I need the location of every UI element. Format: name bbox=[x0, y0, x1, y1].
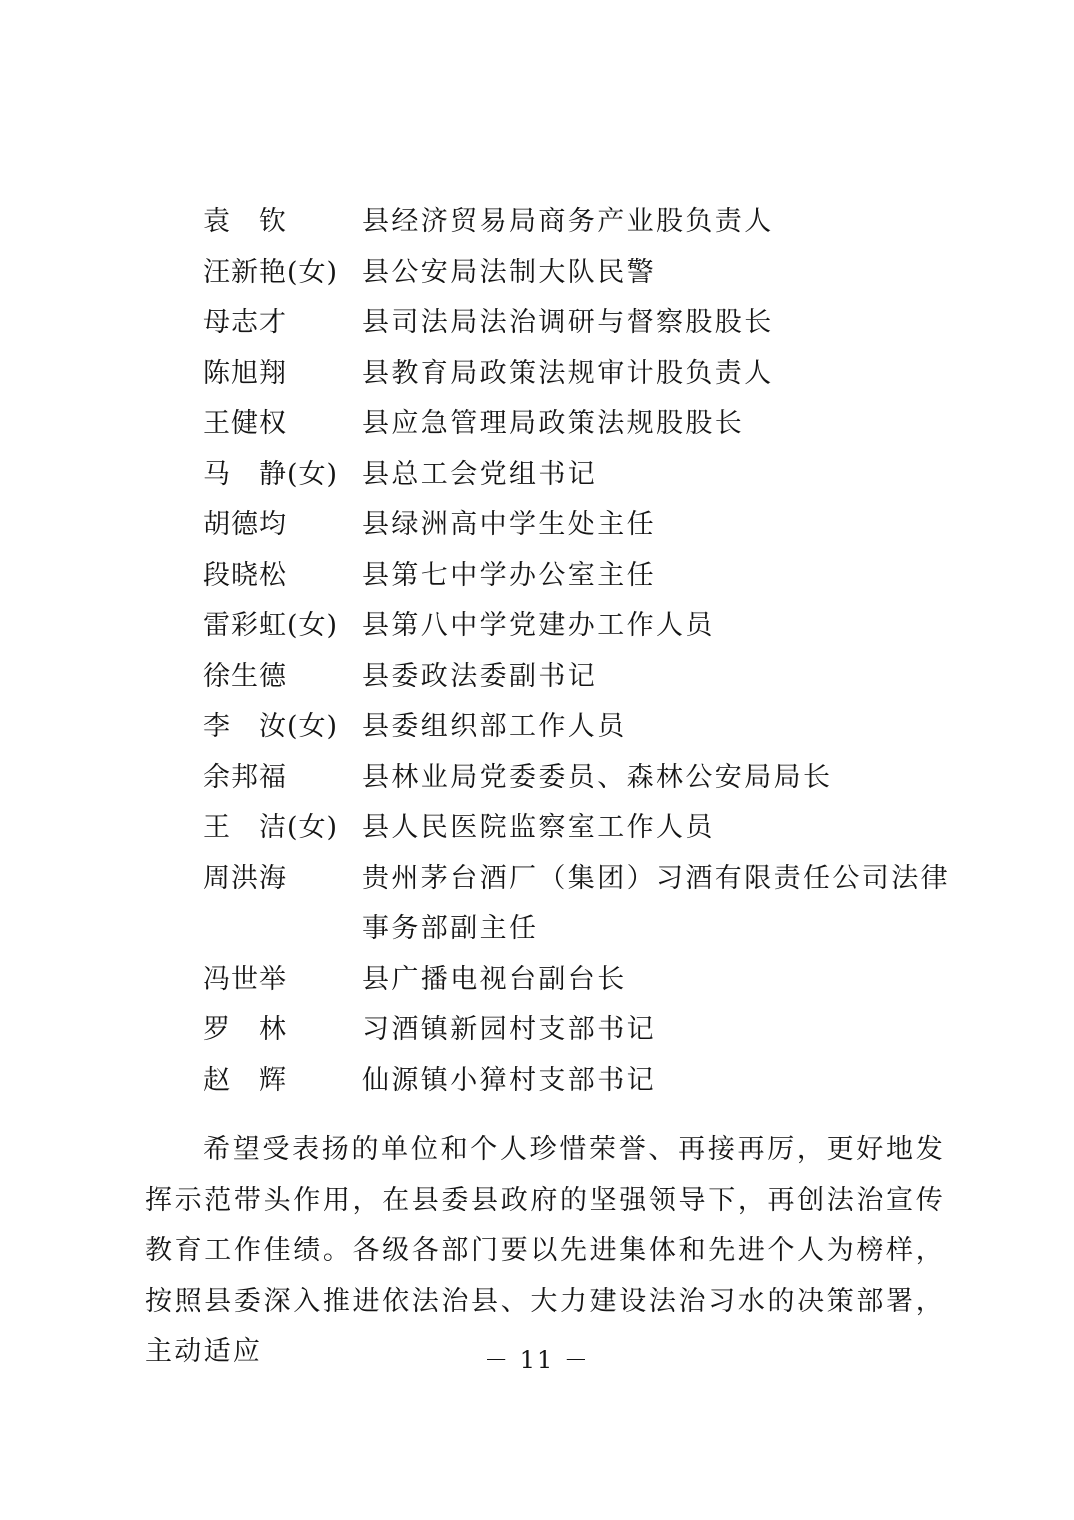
list-item: 余邦福县林业局党委委员、森林公安局局长 bbox=[203, 753, 963, 804]
person-name: 余邦福 bbox=[203, 753, 362, 804]
person-position: 县林业局党委委员、森林公安局局长 bbox=[362, 753, 963, 804]
person-name: 陈旭翔 bbox=[203, 349, 362, 400]
list-item: 陈旭翔县教育局政策法规审计股负责人 bbox=[203, 349, 963, 400]
person-name: 雷彩虹(女) bbox=[203, 601, 362, 652]
person-position: 县总工会党组书记 bbox=[362, 450, 963, 501]
list-item: 汪新艳(女)县公安局法制大队民警 bbox=[203, 248, 963, 299]
person-name: 冯世举 bbox=[203, 955, 362, 1006]
person-position: 县绿洲高中学生处主任 bbox=[362, 500, 963, 551]
list-item: 赵 辉仙源镇小獐村支部书记 bbox=[203, 1056, 963, 1107]
person-name: 罗 林 bbox=[203, 1005, 362, 1056]
list-item: 周洪海贵州茅台酒厂（集团）习酒有限责任公司法律事务部副主任 bbox=[203, 854, 963, 955]
list-item: 胡德均县绿洲高中学生处主任 bbox=[203, 500, 963, 551]
list-item: 雷彩虹(女)县第八中学党建办工作人员 bbox=[203, 601, 963, 652]
person-name: 王 洁(女) bbox=[203, 803, 362, 854]
person-position: 县公安局法制大队民警 bbox=[362, 248, 963, 299]
page-number: － 11 － bbox=[0, 1345, 1074, 1375]
person-position: 县委政法委副书记 bbox=[362, 652, 963, 703]
list-item: 李 汝(女)县委组织部工作人员 bbox=[203, 702, 963, 753]
person-position: 县教育局政策法规审计股负责人 bbox=[362, 349, 963, 400]
person-position: 县经济贸易局商务产业股负责人 bbox=[362, 197, 963, 248]
person-position: 县应急管理局政策法规股股长 bbox=[362, 399, 963, 450]
list-item: 王 洁(女)县人民医院监察室工作人员 bbox=[203, 803, 963, 854]
person-name: 赵 辉 bbox=[203, 1056, 362, 1107]
person-name: 胡德均 bbox=[203, 500, 362, 551]
person-position: 习酒镇新园村支部书记 bbox=[362, 1005, 963, 1056]
person-name: 徐生德 bbox=[203, 652, 362, 703]
closing-paragraph: 希望受表扬的单位和个人珍惜荣誉、再接再厉，更好地发挥示范带头作用，在县委县政府的… bbox=[145, 1125, 945, 1378]
person-position: 县广播电视台副台长 bbox=[362, 955, 963, 1006]
list-item: 徐生德县委政法委副书记 bbox=[203, 652, 963, 703]
person-name: 马 静(女) bbox=[203, 450, 362, 501]
person-name: 母志才 bbox=[203, 298, 362, 349]
person-position: 县委组织部工作人员 bbox=[362, 702, 963, 753]
list-item: 母志才县司法局法治调研与督察股股长 bbox=[203, 298, 963, 349]
list-item: 袁 钦县经济贸易局商务产业股负责人 bbox=[203, 197, 963, 248]
list-item: 王健权县应急管理局政策法规股股长 bbox=[203, 399, 963, 450]
person-position: 县第八中学党建办工作人员 bbox=[362, 601, 963, 652]
person-position: 贵州茅台酒厂（集团）习酒有限责任公司法律事务部副主任 bbox=[362, 854, 963, 955]
person-name: 段晓松 bbox=[203, 551, 362, 602]
person-name: 汪新艳(女) bbox=[203, 248, 362, 299]
person-position: 县人民医院监察室工作人员 bbox=[362, 803, 963, 854]
list-item: 马 静(女)县总工会党组书记 bbox=[203, 450, 963, 501]
person-name: 袁 钦 bbox=[203, 197, 362, 248]
list-item: 冯世举县广播电视台副台长 bbox=[203, 955, 963, 1006]
document-page: 袁 钦县经济贸易局商务产业股负责人 汪新艳(女)县公安局法制大队民警 母志才县司… bbox=[0, 0, 1074, 1520]
person-name: 王健权 bbox=[203, 399, 362, 450]
person-position: 县司法局法治调研与督察股股长 bbox=[362, 298, 963, 349]
person-name: 李 汝(女) bbox=[203, 702, 362, 753]
commended-individuals-list: 袁 钦县经济贸易局商务产业股负责人 汪新艳(女)县公安局法制大队民警 母志才县司… bbox=[203, 197, 963, 1106]
list-item: 段晓松县第七中学办公室主任 bbox=[203, 551, 963, 602]
person-position: 仙源镇小獐村支部书记 bbox=[362, 1056, 963, 1107]
list-item: 罗 林习酒镇新园村支部书记 bbox=[203, 1005, 963, 1056]
person-name: 周洪海 bbox=[203, 854, 362, 905]
person-position: 县第七中学办公室主任 bbox=[362, 551, 963, 602]
